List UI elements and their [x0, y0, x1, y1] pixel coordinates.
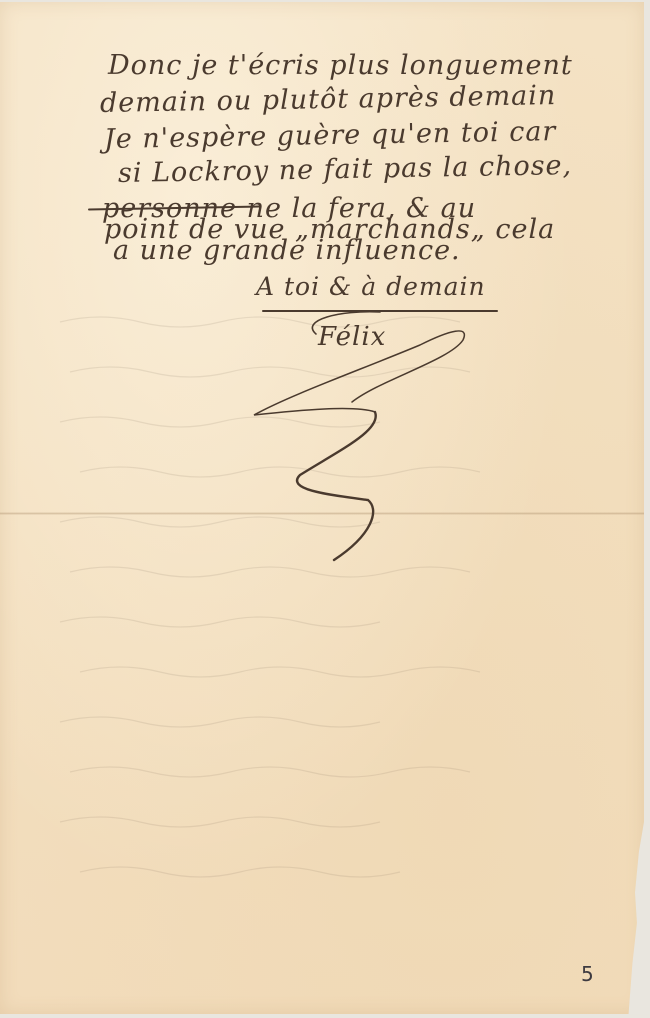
letter-line: demain ou plutôt après demain	[100, 80, 557, 119]
letter-body: Donc je t'écris plus longuement demain o…	[0, 0, 650, 1018]
letter-line: Donc je t'écris plus longuement	[108, 50, 573, 81]
page-number: 5	[581, 962, 594, 986]
letter-line: Je n'espère guère qu'en toi car	[104, 116, 557, 155]
letter-line: si Lockroy ne fait pas la chose,	[118, 150, 573, 189]
closing-line: A toi & à demain	[256, 272, 486, 301]
signature: Félix	[318, 322, 386, 352]
letter-line: a une grande influence.	[113, 235, 461, 266]
closing-underline	[262, 310, 498, 312]
